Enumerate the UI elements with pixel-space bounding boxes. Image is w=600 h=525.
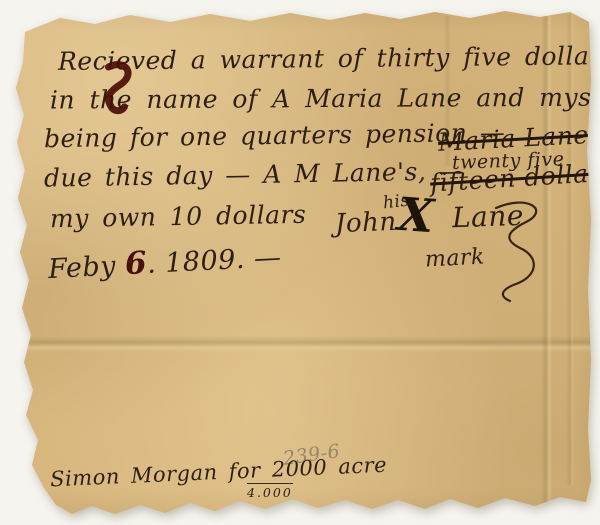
horizontal-fold-crease: [22, 336, 590, 352]
signature-x-mark: X: [396, 187, 436, 243]
date-year: . 1809. —: [146, 242, 282, 280]
footer-sub-number: 4.000: [247, 485, 293, 500]
signature-flourish: [486, 200, 556, 305]
ink-blot: [93, 58, 141, 124]
date-month: Feby: [47, 251, 116, 286]
date-day-overwritten: 6: [124, 245, 148, 282]
footer-sub-number-value: 4.000: [247, 483, 293, 500]
receipt-line-5: my own 10 dollars: [50, 200, 307, 233]
signature-first-name: John: [334, 207, 397, 239]
date-line: Feby 6. 1809. —: [47, 238, 282, 286]
paper-sheet: Recieved a warrant of thirty five dollar…: [0, 0, 600, 525]
receipt-line-3: being for one quarters pension —: [44, 118, 506, 153]
signature-mark-word: mark: [424, 244, 485, 272]
footer-inscription: Simon Morgan for 2000 acre: [50, 453, 388, 492]
scanned-document-photo: Recieved a warrant of thirty five dollar…: [0, 0, 600, 525]
paper-shadow: Recieved a warrant of thirty five dollar…: [0, 0, 600, 525]
